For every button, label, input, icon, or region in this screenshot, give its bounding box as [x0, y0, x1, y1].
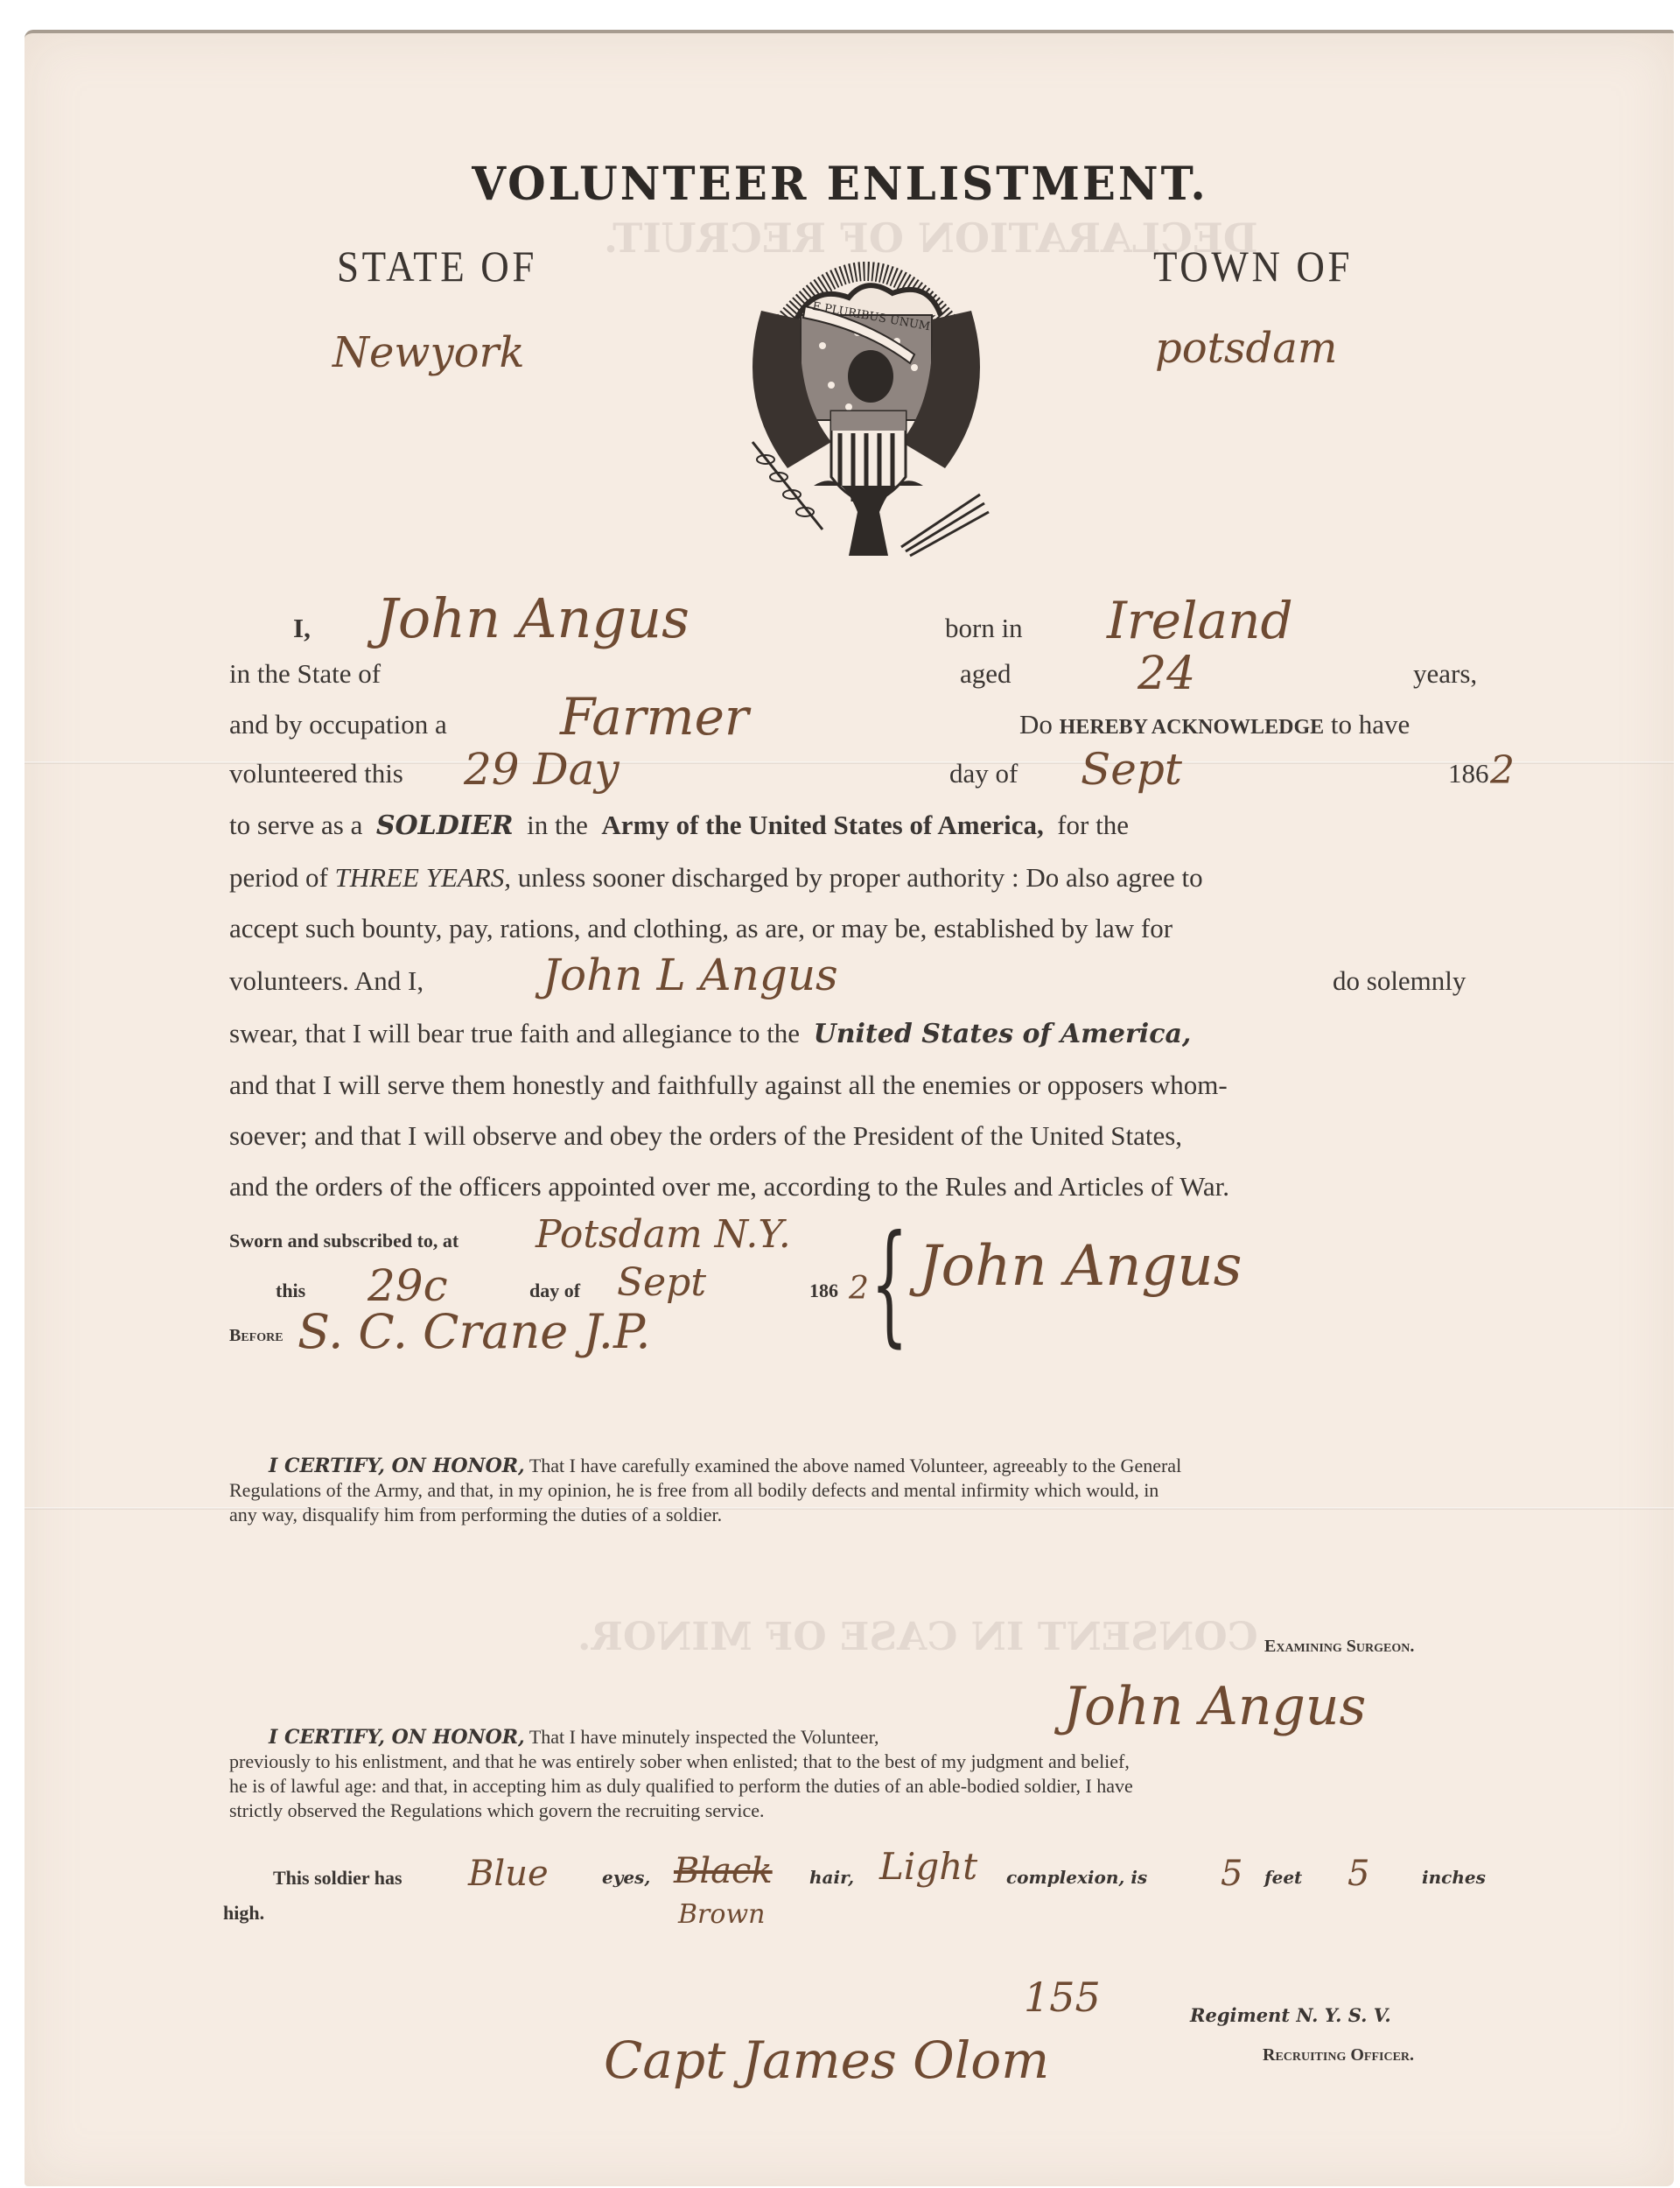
- age-value: 24: [1137, 648, 1195, 700]
- before-label: Before: [229, 1326, 283, 1346]
- sworn-dayof-label: day of: [529, 1280, 580, 1302]
- sworn-year-digit-value: 2: [849, 1271, 869, 1307]
- oath-name-value: John L Angus: [542, 950, 838, 1000]
- recruit-name: John Angus: [376, 586, 689, 650]
- occupation-label: and by occupation a: [229, 709, 447, 740]
- officer-cert-line-1: I CERTIFY, ON HONOR, That I have minutel…: [229, 1726, 879, 1749]
- serve-honestly-line: and that I will serve them honestly and …: [229, 1069, 1228, 1101]
- high-label: high.: [223, 1902, 264, 1925]
- surgeon-cert-line-2: Regulations of the Army, and that, in my…: [229, 1479, 1158, 1502]
- born-in-label: born in: [945, 613, 1023, 644]
- recruiting-officer-label: Recruiting Officer.: [1263, 2045, 1414, 2065]
- year-prefix: 186: [1448, 758, 1489, 789]
- volunteer-month-value: Sept: [1081, 744, 1182, 795]
- regiment-label: Regiment N. Y. S. V.: [1190, 2004, 1391, 2026]
- complexion-label: complexion, is: [1006, 1867, 1147, 1888]
- bleed-through-heading: CONSENT IN CASE OF MINOR.: [577, 1615, 1258, 1659]
- inches-label: inches: [1422, 1867, 1486, 1888]
- day-of-label: day of: [949, 758, 1018, 789]
- oath-intro: volunteers. And I,: [229, 965, 423, 997]
- sworn-year-prefix: 186: [809, 1280, 838, 1302]
- solemnly-label: do solemnly: [1333, 965, 1466, 997]
- sworn-place-value: Potsdam N.Y.: [535, 1212, 791, 1257]
- occupation-value: Farmer: [560, 687, 749, 747]
- sworn-month-value: Sept: [617, 1260, 706, 1305]
- regiment-number-value: 155: [1024, 1974, 1101, 2021]
- feet-value: 5: [1221, 1854, 1242, 1894]
- eyes-value: Blue: [468, 1854, 549, 1894]
- recruit-signature: John Angus: [919, 1234, 1242, 1299]
- hair-value: Black: [674, 1851, 773, 1891]
- eyes-label: eyes,: [602, 1867, 650, 1888]
- sworn-label: Sworn and subscribed to, at: [229, 1230, 458, 1252]
- obey-line: soever; and that I will observe and obey…: [229, 1120, 1182, 1152]
- surgeon-signature: John Angus: [1063, 1676, 1366, 1737]
- i-label: I,: [293, 613, 311, 644]
- brace: {: [871, 1208, 908, 1360]
- aged-label: aged: [960, 658, 1011, 690]
- officer-cert-line-2: previously to his enlistment, and that h…: [229, 1750, 1130, 1773]
- feet-label: feet: [1264, 1867, 1302, 1888]
- acknowledge-text: Do HEREBY ACKNOWLEDGE to have: [1019, 709, 1410, 740]
- surgeon-cert-line-1: I CERTIFY, ON HONOR, That I have careful…: [229, 1455, 1181, 1477]
- birthplace-value: Ireland: [1107, 591, 1293, 650]
- year-digit-value: 2: [1490, 748, 1515, 793]
- soldier-has-label: This soldier has: [273, 1867, 402, 1890]
- justice-signature: S. C. Crane J.P.: [297, 1304, 651, 1359]
- this-label: this: [276, 1280, 305, 1302]
- hair-correction-value: Brown: [678, 1899, 765, 1930]
- complexion-value: Light: [879, 1845, 977, 1888]
- hair-label: hair,: [809, 1867, 854, 1888]
- examining-surgeon-label: Examining Surgeon.: [1264, 1637, 1414, 1657]
- page-title: VOLUNTEER ENLISTMENT.: [0, 157, 1680, 211]
- town-value: potsdam: [1155, 324, 1337, 373]
- recruiting-officer-signature: Capt James Olom: [604, 2030, 1049, 2090]
- bounty-line: accept such bounty, pay, rations, and cl…: [229, 913, 1172, 944]
- officer-cert-line-4: strictly observed the Regulations which …: [229, 1799, 765, 1822]
- allegiance-line: swear, that I will bear true faith and a…: [229, 1018, 1191, 1049]
- eagle-seal-icon: E PLURIBUS UNUM: [726, 223, 1006, 573]
- serve-line: to serve as a SOLDIER in the Army of the…: [229, 810, 1129, 841]
- volunteered-label: volunteered this: [229, 758, 403, 789]
- state-of-label: in the State of: [229, 658, 381, 690]
- state-label: STATE OF: [337, 241, 537, 291]
- rules-line: and the orders of the officers appointed…: [229, 1171, 1229, 1203]
- officer-cert-line-3: he is of lawful age: and that, in accept…: [229, 1775, 1133, 1798]
- years-label: years,: [1413, 658, 1477, 690]
- volunteer-day-value: 29 Day: [464, 744, 619, 795]
- surgeon-cert-line-3: any way, disqualify him from performing …: [229, 1504, 722, 1526]
- state-value: Newyork: [332, 328, 525, 377]
- town-label: TOWN OF: [1153, 241, 1353, 291]
- period-line: period of THREE YEARS, unless sooner dis…: [229, 862, 1203, 894]
- inches-value: 5: [1347, 1854, 1369, 1894]
